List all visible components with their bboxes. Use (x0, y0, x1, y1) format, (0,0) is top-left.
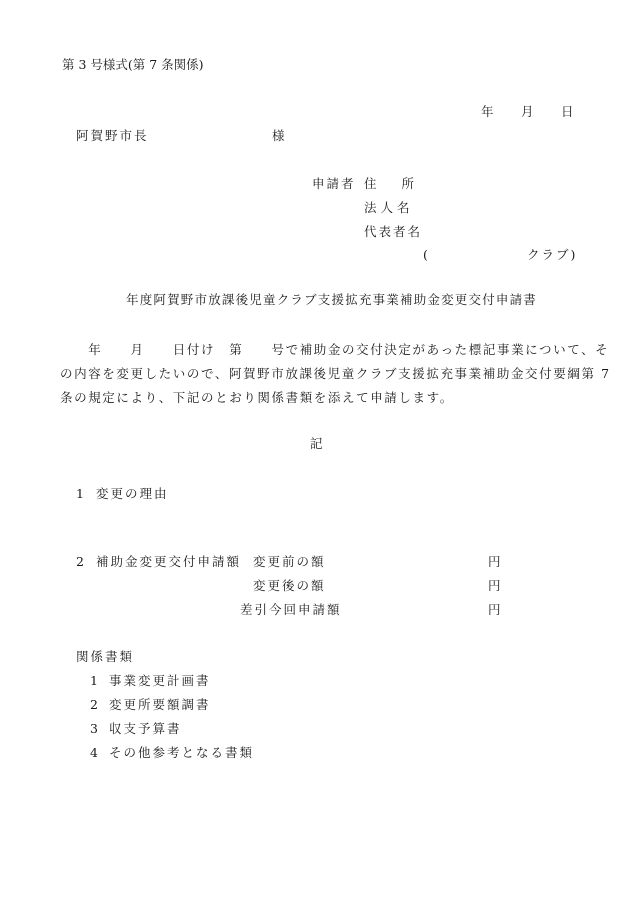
addressee-honorific: 様 (272, 128, 285, 144)
item-2-number: 2 (76, 554, 84, 570)
item-2-label: 補助金変更交付申請額 (96, 554, 241, 570)
date-year-label: 年 (481, 104, 494, 120)
date-day-label: 日 (561, 104, 574, 120)
attachment-1-number: 1 (90, 673, 98, 689)
body-line-2: の内容を変更したいので、阿賀野市放課後児童クラブ支援拡充事業補助金交付要綱第 7 (60, 366, 580, 382)
item-1-label: 変更の理由 (96, 486, 169, 502)
form-number: 第 3 号様式(第 7 条関係) (62, 57, 204, 73)
attachment-2-number: 2 (90, 697, 98, 713)
address-label: 住 所 (364, 176, 414, 192)
amount-diff-unit: 円 (488, 602, 501, 618)
club-open-paren: ( (423, 247, 428, 263)
amount-after-unit: 円 (488, 578, 501, 594)
attachment-3-number: 3 (90, 721, 98, 737)
applicant-label: 申請者 (312, 176, 356, 192)
item-1-number: 1 (76, 486, 84, 502)
rep-name-label: 代表者名 (364, 224, 422, 240)
amount-diff-label: 差引今回申請額 (240, 602, 342, 618)
amount-before-unit: 円 (488, 554, 501, 570)
date-month-label: 月 (521, 104, 534, 120)
club-label: クラブ) (527, 247, 577, 263)
attachment-2-label: 変更所要額調書 (109, 697, 211, 713)
body-line-3: 条の規定により、下記のとおり関係書類を添えて申請します。 (60, 390, 580, 406)
addressee-name: 阿賀野市長 (76, 128, 149, 144)
attachment-1-label: 事業変更計画書 (109, 673, 211, 689)
attachment-4-label: その他参考となる書類 (109, 745, 254, 761)
corp-name-label: 法 人 名 (364, 200, 409, 216)
ki-heading: 記 (310, 436, 323, 452)
amount-before-label: 変更前の額 (253, 554, 326, 570)
body-line-1: 年 月 日付け 第 号で補助金の交付決定があった標記事業について、そ (60, 342, 580, 358)
attachments-heading: 関係書類 (76, 649, 134, 665)
amount-after-label: 変更後の額 (253, 578, 326, 594)
attachment-3-label: 収支予算書 (109, 721, 182, 737)
attachment-4-number: 4 (90, 745, 98, 761)
document-title: 年度阿賀野市放課後児童クラブ支援拡充事業補助金変更交付申請書 (126, 292, 537, 308)
